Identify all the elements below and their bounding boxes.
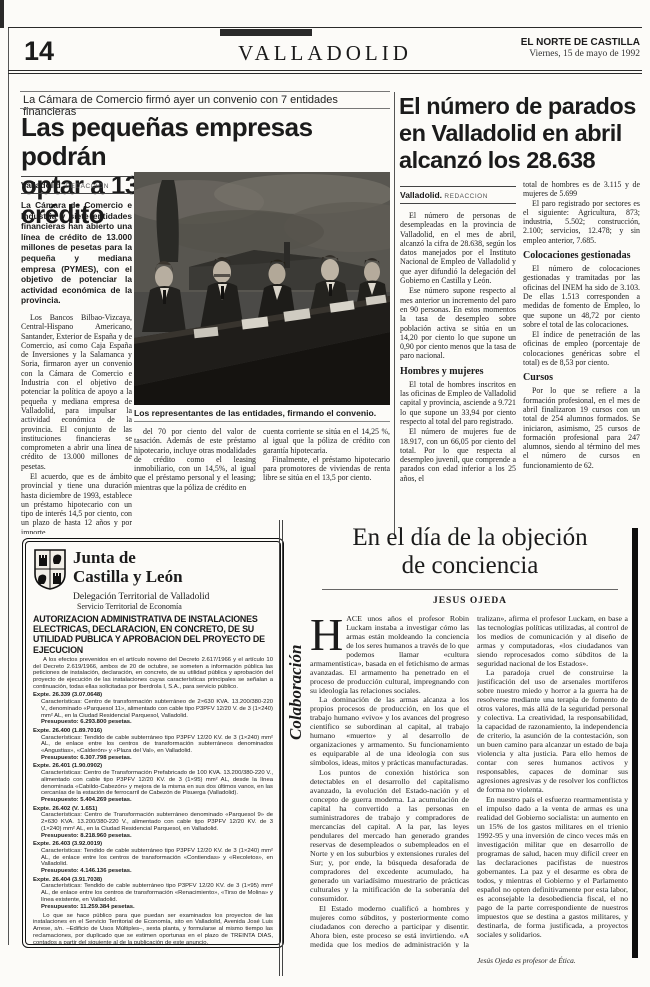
kicker-rule-top [20,91,390,92]
opinion-title-rule [322,589,618,590]
unemployment-col1-p4: El número de mujeres fue de 18.917, con … [400,427,516,483]
credit-col2-p1: del 70 por ciento del valor de tasación.… [134,427,256,492]
credit-column-1: Valladolid. REDACCION La Cámara de Comer… [21,176,132,534]
junta-servicio: Servicio Territorial de Economía [77,602,273,611]
unemployment-col1-p3: El total de hombres inscritos en las ofi… [400,380,516,426]
credit-column-2: del 70 por ciento del valor de tasación.… [134,427,256,535]
edition-date: Viernes, 15 de mayo de 1992 [440,49,640,59]
credit-byline-agency: REDACCION [65,183,109,190]
unemployment-col2-p2: El paro registrado por sectores es el si… [523,199,640,245]
opinion-column-2: tralizan», afirma el profesor Luckam, en… [477,614,628,948]
opinion-title: En el día de la objeción de conciencia [320,524,620,580]
article-divider [394,92,395,535]
unemployment-col2-p5: Por lo que se refiere a la formación pro… [523,386,640,470]
opinion-title-line2: de conciencia [402,552,539,579]
credit-column-3: cuenta corriente se sitúa en el 14,25 %,… [263,427,390,535]
subhead-cursos: Cursos [523,372,640,383]
junta-ad-box: Junta de Castilla y León Delegación Terr… [22,538,284,948]
junta-org-line2: Castilla y León [73,567,183,586]
junta-org-line1: Junta de [73,548,183,567]
junta-ad-org: Junta de Castilla y León [73,548,183,586]
opinion-frame-right-bar [632,528,638,958]
expediente-carac: Características: Centro de Transformació… [33,812,273,832]
junta-ad-title: AUTORIZACION ADMINISTRATIVA DE INSTALACI… [33,614,273,655]
opinion-frame-left-1 [279,520,280,976]
photo-caption: Los representantes de las entidades, fir… [134,408,390,418]
opinion-drop-cap: H [310,614,346,654]
unemployment-headline-line3: alcanzó los 28.638 [399,147,595,173]
subhead-hombres-y-mujeres: Hombres y mujeres [400,366,516,377]
expediente-presupuesto: Presupuesto: 8.218.960 pesetas. [33,833,273,840]
opinion-column-1: HACE unos años el profesor Robin Luckam … [310,614,469,948]
left-margin-rule [8,28,9,945]
expediente-carac: Características: Centro de transformació… [33,699,273,719]
caption-rule [134,421,390,422]
expediente-carac: Características: Tendido de cable subter… [33,735,273,755]
expediente-presupuesto: Presupuesto: 5.404.269 pesetas. [33,797,273,804]
kicker-rule-bottom [20,108,390,109]
expediente-id: Expte. 26.401 (1.90.0902) [33,763,273,770]
credit-headline-line1: Las pequeñas empresas podrán [21,112,313,171]
opinion-col1-p3: Los puntos de conexión histórica son det… [310,768,469,903]
newspaper-page: 14 VALLADOLID EL NORTE DE CASTILLA Viern… [0,0,650,987]
unemployment-byline-agency: REDACCION [444,193,488,200]
credit-col3-p1: cuenta corriente se sitúa en el 14,25 %,… [263,427,390,455]
byline-rule-bottom [21,193,132,194]
expediente-carac: Características: Tendido de cable subter… [33,848,273,868]
section-bar [220,29,312,36]
credit-col1-p2: El acuerdo, que es de ámbito provincial … [21,472,132,534]
header-rule-2 [8,73,642,74]
opinion-col2-p1: tralizan», afirma el profesor Luckam, en… [477,614,628,668]
convention-photo [134,172,390,405]
expediente-presupuesto: Presupuesto: 6.293.800 pesetas. [33,719,273,726]
credit-lede: La Cámara de Comercio e Industria y siet… [21,200,132,306]
expediente-presupuesto: Presupuesto: 11.259.384 pesetas. [33,904,273,911]
unemployment-column-2: total de hombres es de 3.115 y de mujere… [523,180,640,536]
expediente-id: Expte. 26.402 (V. 1.651) [33,806,273,813]
junta-ad-content: Junta de Castilla y León Delegación Terr… [25,541,281,945]
byline-rule-bottom-2 [400,203,516,204]
header-rule-1 [8,70,642,71]
credit-byline: Valladolid. REDACCION [21,177,132,193]
credit-byline-place: Valladolid. [21,180,63,190]
opinion-col1-p1: HACE unos años el profesor Robin Luckam … [310,614,469,695]
edge-mark [0,0,4,28]
unemployment-col2-p4: El índice de penetración de las oficinas… [523,330,640,367]
top-rule [8,27,642,28]
expediente-carac: Características: Tendido de cable subter… [33,883,273,903]
expediente-id: Expte. 26.403 (3.92.0019) [33,841,273,848]
convention-photo-illustration [134,172,390,405]
opinion-col2-p3: En nuestro país el esfuerzo rearmamentis… [477,795,628,939]
unemployment-col1-p2: Ese número supone respecto al mes anteri… [400,286,516,360]
junta-delegacion: Delegación Territorial de Valladolid [73,592,273,602]
masthead: EL NORTE DE CASTILLA [440,37,640,48]
unemployment-byline-place: Valladolid. [400,190,442,200]
expediente-carac: Características: Centro de Transformació… [33,770,273,797]
unemployment-column-1: Valladolid. REDACCION El número de perso… [400,186,516,536]
opinion-col1-p4: El Estado moderno cualificó a hombres y … [310,904,469,948]
unemployment-headline-line1: El número de parados [399,93,636,119]
opinion-section-label: Colaboración [286,540,306,740]
unemployment-byline: Valladolid. REDACCION [400,187,516,203]
unemployment-col1-p1: El número de personas de desempleadas en… [400,211,516,285]
subhead-colocaciones: Colocaciones gestionadas [523,250,640,261]
credit-col3-p2: Finalmente, el préstamo hipotecario para… [263,455,390,483]
expediente-presupuesto: Presupuesto: 4.146.136 pesetas. [33,868,273,875]
unemployment-col2-p3: El número de colocaciones gestionadas y … [523,264,640,329]
junta-ad-header: Junta de Castilla y León [33,548,273,590]
opinion-footer: Jesús Ojeda es profesor de Ética. [477,956,628,965]
unemployment-col2-p1: total de hombres es de 3.115 y de mujere… [523,180,640,199]
opinion-title-line1: En el día de la objeción [352,524,587,551]
opinion-col1-p2: La dominación de las armas alcanza a los… [310,695,469,767]
expediente-id: Expte. 26.339 (3.07.0648) [33,692,273,699]
credit-col1-p1: Los Bancos Bilbao-Vizcaya, Central-Hispa… [21,313,132,471]
junta-ad-closing: Lo que se hace público para que puedan s… [33,913,273,946]
junta-shield-icon [33,548,67,590]
expediente-id: Expte. 26.400 (1.89.7016) [33,728,273,735]
unemployment-headline-line2: en Valladolid en abril [399,120,622,146]
junta-ad-intro: A los efectos prevenidos en el artículo … [33,657,273,691]
opinion-author: JESUS OJEDA [320,596,620,606]
opinion-frame-left-2 [282,520,283,976]
expediente-presupuesto: Presupuesto: 6.307.798 pesetas. [33,755,273,762]
unemployment-headline: El número de parados en Valladolid en ab… [399,93,643,174]
opinion-col2-p2: La paradoja cruel de construirse la just… [477,668,628,794]
expediente-id: Expte. 26.404 (3.91.7038) [33,877,273,884]
